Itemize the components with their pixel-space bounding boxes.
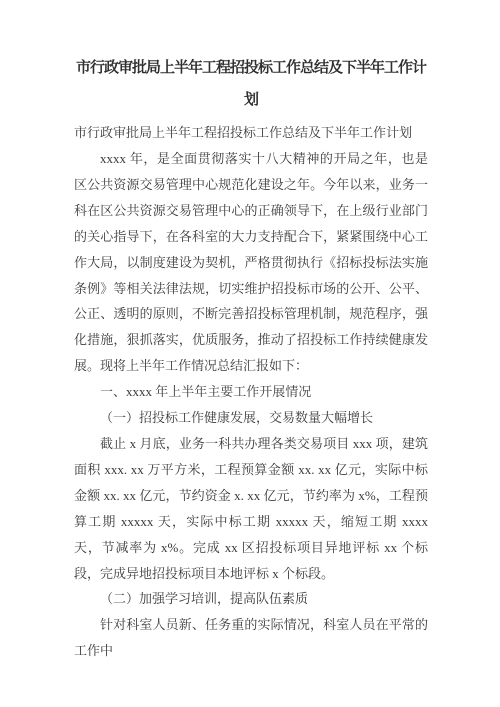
section-heading: 一、xxxx 年上半年主要工作开展情况 xyxy=(74,379,428,405)
document-body: xxxx 年，是全面贯彻落实十八大精神的开局之年，也是区公共资源交易管理中心规范… xyxy=(74,146,428,664)
document-title: 市行政审批局上半年工程招投标工作总结及下半年工作计划 xyxy=(74,52,428,116)
document-page: 市行政审批局上半年工程招投标工作总结及下半年工作计划 市行政审批局上半年工程招投… xyxy=(0,0,500,707)
body-paragraph: 针对科室人员新、任务重的实际情况，科室人员在平常的工作中 xyxy=(74,612,428,664)
section-heading: （二）加强学习培训，提高队伍素质 xyxy=(74,586,428,612)
body-paragraph: xxxx 年，是全面贯彻落实十八大精神的开局之年，也是区公共资源交易管理中心规范… xyxy=(74,146,428,379)
body-paragraph: 截止 x 月底，业务一科共办理各类交易项目 xxx 项，建筑面积 xxx. xx… xyxy=(74,431,428,586)
document-subtitle: 市行政审批局上半年工程招投标工作总结及下半年工作计划 xyxy=(74,120,428,146)
section-heading: （一）招投标工作健康发展，交易数量大幅增长 xyxy=(74,405,428,431)
